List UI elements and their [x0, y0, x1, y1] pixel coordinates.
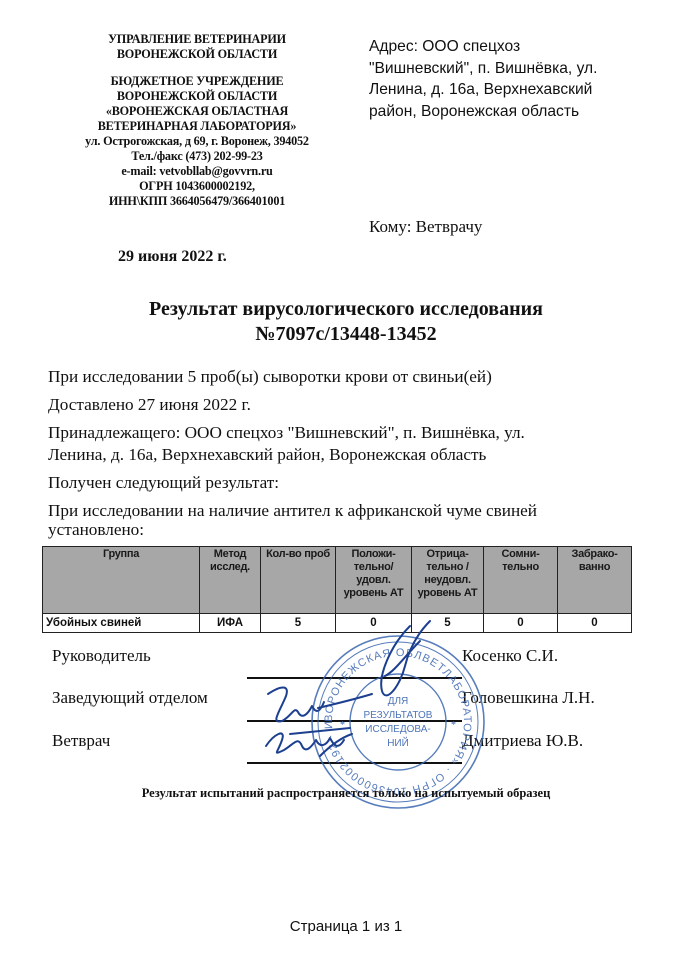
column-header-negative: Отрица-тельно / неудовл. уровень АТ: [412, 547, 484, 614]
address-line: район, Воронежская область: [369, 101, 659, 123]
cell-doubtful: 0: [484, 614, 558, 633]
org-name-line: УПРАВЛЕНИЕ ВЕТЕРИНАРИИ: [62, 32, 332, 47]
page-number: Страница 1 из 1: [0, 918, 692, 935]
title-line: Результат вирусологического исследования: [0, 297, 692, 322]
address-line: "Вишневский", п. Вишнёвка, ул.: [369, 58, 659, 80]
address-line: Ленина, д. 16а, Верхнехавский: [369, 79, 659, 101]
cell-group: Убойных свиней: [43, 614, 200, 633]
org-inn: ИНН\КПП 3664056479/366401001: [62, 194, 332, 209]
signature-role-vet: Ветврач: [52, 731, 110, 751]
cell-rejected: 0: [558, 614, 632, 633]
column-header-positive: Положи-тельно/ удовл. уровень АТ: [336, 547, 412, 614]
org-ogrn: ОГРН 1043600002192,: [62, 179, 332, 194]
recipient-address: Адрес: ООО спецхоз "Вишневский", п. Вишн…: [369, 36, 659, 122]
column-header-doubtful: Сомни-тельно: [484, 547, 558, 614]
table-header-row: Группа Метод исслед. Кол-во проб Положи-…: [43, 547, 632, 614]
document-title: Результат вирусологического исследования…: [0, 297, 692, 347]
samples-line: При исследовании 5 проб(ы) сыворотки кро…: [48, 366, 668, 388]
result-intro: Получен следующий результат:: [48, 472, 668, 494]
disclaimer-note: Результат испытаний распространяется тол…: [0, 786, 692, 801]
address-line: Адрес: ООО спецхоз: [369, 36, 659, 58]
org-name-line: ВЕТЕРИНАРНАЯ ЛАБОРАТОРИЯ»: [62, 119, 332, 134]
handwritten-signatures-icon: [260, 616, 460, 776]
organization-header: УПРАВЛЕНИЕ ВЕТЕРИНАРИИ ВОРОНЕЖСКОЙ ОБЛАС…: [62, 32, 332, 209]
org-email: e-mail: vetvobllab@govvrn.ru: [62, 164, 332, 179]
cell-method: ИФА: [200, 614, 261, 633]
column-header-group: Группа: [43, 547, 200, 614]
signature-role-head: Руководитель: [52, 646, 151, 666]
signature-role-department: Заведующий отделом: [52, 688, 208, 708]
column-header-rejected: Забрако-ванно: [558, 547, 632, 614]
document-body: При исследовании 5 проб(ы) сыворотки кро…: [48, 366, 668, 541]
org-name-line: ВОРОНЕЖСКОЙ ОБЛАСТИ: [62, 47, 332, 62]
org-name-line: «ВОРОНЕЖСКАЯ ОБЛАСТНАЯ: [62, 104, 332, 119]
column-header-method: Метод исслед.: [200, 547, 261, 614]
org-phone: Тел./факс (473) 202-99-23: [62, 149, 332, 164]
document-number: №7097с/13448-13452: [0, 322, 692, 347]
owner-line: Ленина, д. 16а, Верхнехавский район, Вор…: [48, 444, 668, 466]
recipient: Кому: Ветврачу: [369, 217, 482, 237]
delivered-line: Доставлено 27 июня 2022 г.: [48, 394, 668, 416]
org-name-line: БЮДЖЕТНОЕ УЧРЕЖДЕНИЕ: [62, 74, 332, 89]
org-address: ул. Острогожская, д 69, г. Воронеж, 3940…: [62, 134, 332, 149]
column-header-sample-count: Кол-во проб: [261, 547, 336, 614]
document-date: 29 июня 2022 г.: [118, 248, 227, 266]
owner-line: Принадлежащего: ООО спецхоз "Вишневский"…: [48, 422, 668, 444]
test-description: установлено:: [48, 519, 668, 541]
org-name-line: ВОРОНЕЖСКОЙ ОБЛАСТИ: [62, 89, 332, 104]
